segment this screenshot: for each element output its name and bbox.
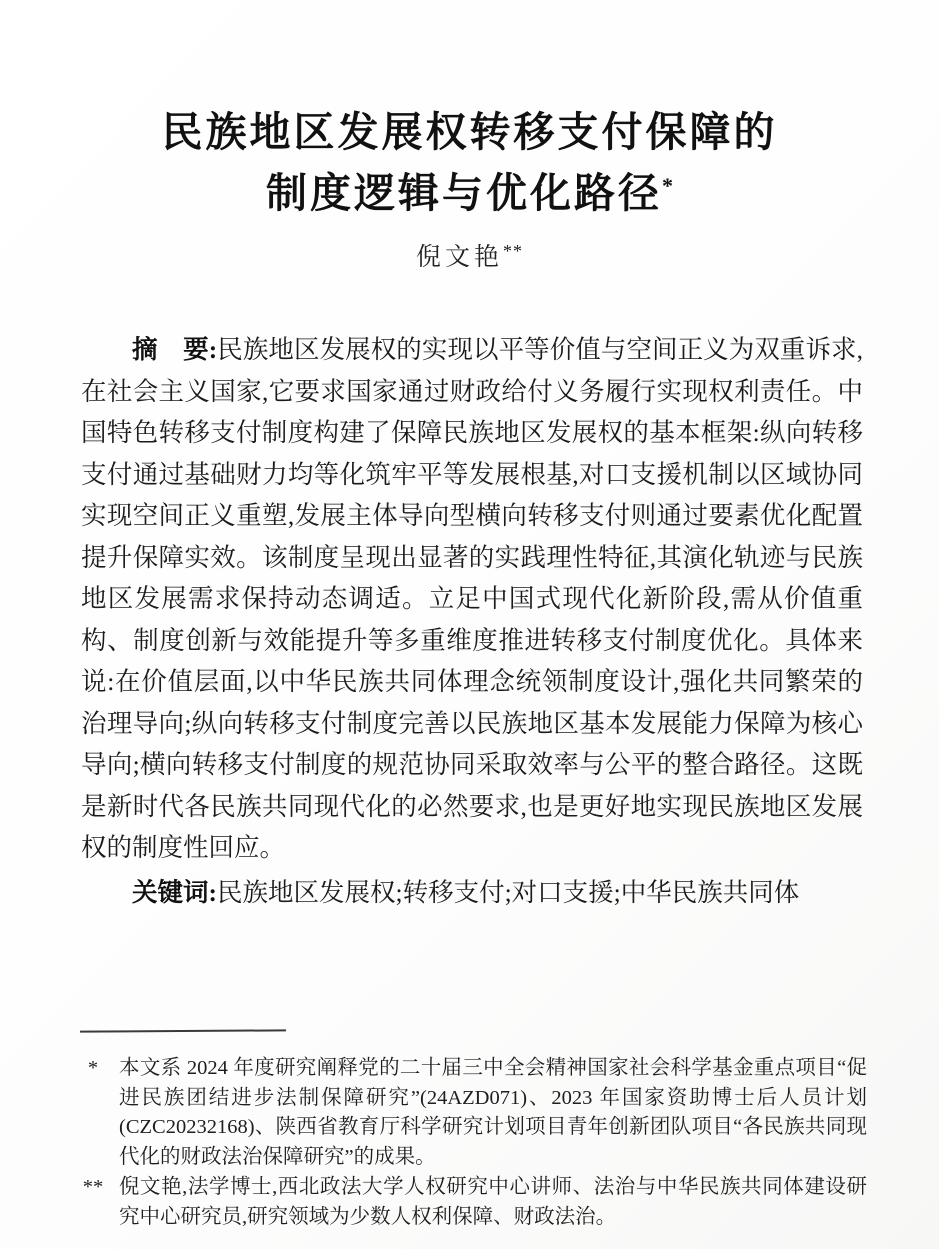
keywords-paragraph: 关键词:民族地区发展权;转移支付;对口支援;中华民族共同体 <box>81 872 863 914</box>
abstract-paragraph: 摘 要:民族地区发展权的实现以平等价值与空间正义为双重诉求,在社会主义国家,它要… <box>81 329 863 869</box>
paper-page: 民族地区发展权转移支付保障的 制度逻辑与优化路径* 倪文艳** 摘 要:民族地区… <box>0 0 939 1249</box>
title-block: 民族地区发展权转移支付保障的 制度逻辑与优化路径* <box>0 0 939 220</box>
title-footnote-marker: * <box>662 173 673 198</box>
abstract-text: 民族地区发展权的实现以平等价值与空间正义为双重诉求,在社会主义国家,它要求国家通… <box>81 335 863 862</box>
footnote-item-funding: *本文系 2024 年度研究阐释党的二十届三中全会精神国家社会科学基金重点项目“… <box>119 1054 867 1172</box>
footnote-list: *本文系 2024 年度研究阐释党的二十届三中全会精神国家社会科学基金重点项目“… <box>119 1054 867 1232</box>
footnote-marker-1: * <box>75 1054 111 1084</box>
footnote-item-author-bio: **倪文艳,法学博士,西北政法大学人权研究中心讲师、法治与中华民族共同体建设研究… <box>119 1173 867 1232</box>
footnote-marker-2: ** <box>75 1173 111 1203</box>
author-footnote-marker: ** <box>503 241 523 261</box>
keywords-label: 关键词: <box>132 878 217 907</box>
abstract-block: 摘 要:民族地区发展权的实现以平等价值与空间正义为双重诉求,在社会主义国家,它要… <box>81 329 863 913</box>
footnote-separator-rule <box>80 1029 286 1032</box>
footnote-section: *本文系 2024 年度研究阐释党的二十届三中全会精神国家社会科学基金重点项目“… <box>0 1022 939 1233</box>
footnote-text-1: 本文系 2024 年度研究阐释党的二十届三中全会精神国家社会科学基金重点项目“促… <box>119 1057 867 1168</box>
paper-title-line1: 民族地区发展权转移支付保障的 <box>0 106 939 159</box>
abstract-label: 摘 要: <box>132 335 217 364</box>
author-line: 倪文艳** <box>0 237 939 273</box>
keywords-text: 民族地区发展权;转移支付;对口支援;中华民族共同体 <box>217 878 799 907</box>
footnote-text-2: 倪文艳,法学博士,西北政法大学人权研究中心讲师、法治与中华民族共同体建设研究中心… <box>119 1176 867 1228</box>
author-name: 倪文艳 <box>416 244 503 271</box>
paper-title-line2-text: 制度逻辑与优化路径 <box>266 170 662 216</box>
paper-title-line2: 制度逻辑与优化路径* <box>0 159 939 220</box>
